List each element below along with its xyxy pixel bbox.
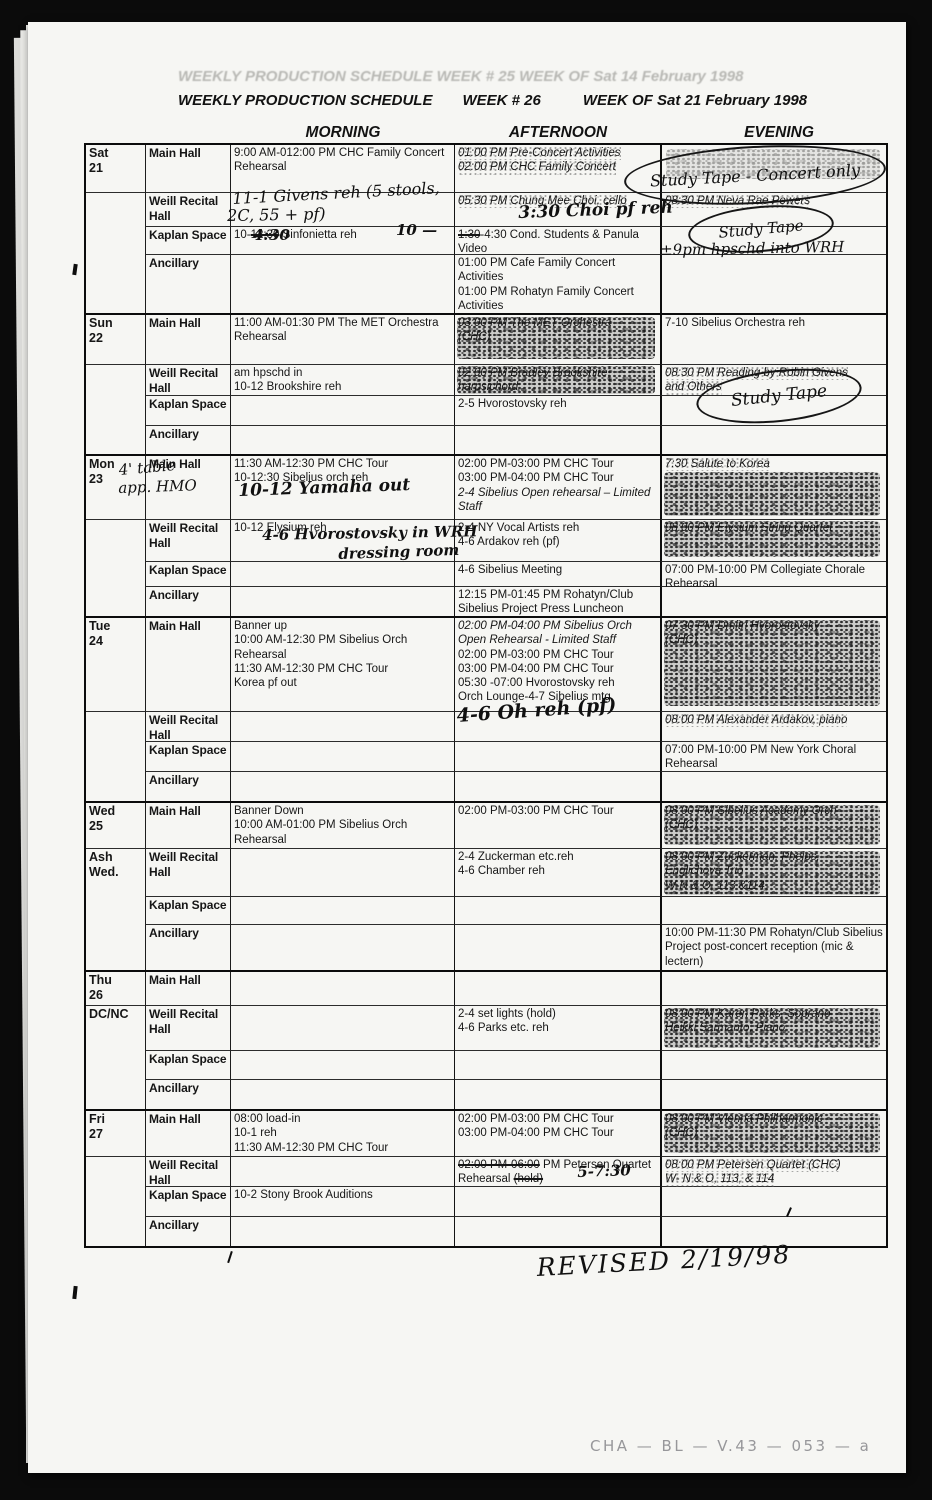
schedule-entry: 01:00 PM Cafe Family Concert Activities	[458, 256, 657, 285]
day-cell	[86, 1216, 145, 1246]
evening-cell: 7:30 Salute to Korea	[660, 456, 886, 519]
morning-cell	[230, 848, 454, 896]
day-group-wed: Wed25 Main Hall Banner Down10:00 AM-01:0…	[86, 801, 886, 970]
schedule-entry: 10-	[234, 229, 251, 241]
schedule-entry: 03:00 PM-04:00 PM CHC Tour	[458, 1126, 657, 1140]
title-week-of: WEEK OF Sat 21 February 1998	[583, 92, 807, 109]
marker-smudge	[666, 149, 880, 179]
venue-cell: Weill Recital Hall	[145, 192, 230, 226]
day-cell	[86, 364, 145, 395]
schedule-entry: W- N & O, 113, & 114	[665, 1172, 774, 1186]
schedule-entry: Heikki Sarmanto, Piano	[665, 1021, 883, 1035]
evening-cell: 08:30 PM Neva Rae Powers	[660, 192, 886, 226]
evening-cell: 08:00 PM Zuckerman, Phelps,Englichova Tr…	[660, 848, 886, 896]
day-label: Tue	[89, 619, 110, 633]
morning-cell	[230, 192, 454, 226]
day-cell: DC/NC	[86, 1005, 145, 1050]
day-cell: Tue24	[86, 618, 145, 711]
day-cell	[86, 896, 145, 924]
afternoon-cell: 02:00 PM-04:00 PM Sibelius Orch Open Reh…	[454, 618, 660, 711]
day-cell	[86, 1050, 145, 1079]
morning-cell	[230, 1156, 454, 1186]
evening-cell: 08:00 PM Petersen Quartet (CHC)W- N & O,…	[660, 1156, 886, 1186]
schedule-entry: 02:00 PM-03:00 PM CHC Tour	[458, 1112, 657, 1126]
evening-cell	[660, 145, 886, 192]
morning-cell: 11:00 AM-01:30 PM The MET Orchestra Rehe…	[230, 315, 454, 364]
schedule-entry: 4-6 Ardakov reh (pf)	[458, 535, 657, 549]
day-cell	[86, 425, 145, 454]
venue-cell: Ancillary	[145, 425, 230, 454]
afternoon-cell	[454, 1186, 660, 1216]
schedule-entry: 02:00 PM-03:00 PM CHC Tour	[458, 457, 657, 471]
day-group-fri: Fri27 Main Hall 08:00 load-in10-1 reh11:…	[86, 1109, 886, 1246]
day-cell: Mon23	[86, 456, 145, 519]
schedule-entry: 02:00 PM-03:00 PM CHC Tour	[458, 804, 657, 818]
schedule-entry: 01:00 PM Rohatyn Family Concert Activiti…	[458, 285, 657, 314]
schedule-entry: 2-4 Sibelius Open rehearsal – Limited St…	[458, 486, 657, 515]
schedule-entry: 02:00 PM CHC Family Concert	[458, 160, 616, 174]
afternoon-cell: 4-6 Sibelius Meeting	[454, 561, 660, 586]
schedule-entry: 01:00 PM Pre-Concert Activities	[458, 146, 621, 160]
struck-time: 1:30	[458, 229, 480, 241]
venue-label: Ancillary	[149, 1081, 227, 1096]
day-label: Thu	[89, 973, 112, 987]
schedule-entry: 08:00 PM Petersen Quartet (CHC)	[665, 1158, 841, 1172]
afternoon-cell: 01:00 PM Pre-Concert Activities02:00 PM …	[454, 145, 660, 192]
venue-cell: Kaplan Space	[145, 226, 230, 254]
venue-label: Ancillary	[149, 256, 227, 271]
morning-cell: am hpschd in10-12 Brookshire reh	[230, 364, 454, 395]
day-cell: Fri27	[86, 1111, 145, 1156]
morning-cell	[230, 771, 454, 801]
column-header-morning: MORNING	[306, 124, 381, 142]
schedule-entry: 4-6 Sibelius Meeting	[458, 563, 657, 577]
evening-cell	[660, 395, 886, 425]
day-label: Wed	[89, 804, 115, 818]
afternoon-cell: 02:00 PM-03:00 PM CHC Tour	[454, 803, 660, 848]
page-title: WEEKLY PRODUCTION SCHEDULEWEEK # 26WEEK …	[178, 92, 858, 109]
venue-label: Kaplan Space	[149, 743, 227, 758]
venue-cell: Weill Recital Hall	[145, 519, 230, 561]
schedule-entry: 08:00 PM Alexander Ardakov, piano	[665, 713, 847, 727]
day-cell	[86, 254, 145, 313]
day-cell	[86, 226, 145, 254]
venue-cell: Ancillary	[145, 1216, 230, 1246]
schedule-entry: 07:30 PM Dmitri Hvorostovsky	[665, 619, 883, 633]
venue-label: Main Hall	[149, 1112, 227, 1127]
schedule-entry: 10:00 AM-12:30 PM Sibelius Orch Rehearsa…	[234, 633, 451, 662]
evening-cell	[660, 226, 886, 254]
evening-cell: 10:00 PM-11:30 PM Rohatyn/Club Sibelius …	[660, 924, 886, 970]
day-date: 26	[89, 988, 103, 1002]
day-date: 25	[89, 819, 103, 833]
evening-cell: 07:00 PM-10:00 PM New York Choral Rehear…	[660, 741, 886, 771]
evening-cell	[660, 1186, 886, 1216]
day-cell: Thu26	[86, 972, 145, 1005]
day-cell: Sat21	[86, 145, 145, 192]
schedule-entry: -4:30 Cond. Students & Panula Video	[458, 229, 639, 255]
morning-cell	[230, 972, 454, 1005]
schedule-table: Sat21 Main Hall 9:00 AM-012:00 PM CHC Fa…	[84, 143, 888, 1248]
schedule-entry: harpsichord	[458, 380, 657, 394]
morning-cell	[230, 254, 454, 313]
afternoon-cell	[454, 1216, 660, 1246]
venue-cell: Kaplan Space	[145, 1186, 230, 1216]
day-cell	[86, 711, 145, 741]
schedule-entry: 10:00 PM-11:30 PM Rohatyn/Club Sibelius …	[665, 926, 883, 969]
afternoon-cell: 1:30-4:30 Cond. Students & Panula Video	[454, 226, 660, 254]
day-extra-label: Ash Wed.	[89, 850, 142, 880]
evening-cell: 07:00 PM-10:00 PM Collegiate Chorale Reh…	[660, 561, 886, 586]
schedule-entry: 03:00 PM The MET Orchestra	[458, 316, 657, 330]
day-label: Sat	[89, 146, 108, 160]
struck-time: 12:30	[251, 229, 280, 241]
venue-cell: Ancillary	[145, 1079, 230, 1109]
schedule-entry: 08:00 PM Karen Parks, Soprano	[665, 1007, 883, 1021]
day-cell	[86, 771, 145, 801]
schedule-entry: 08:00 PM Vienna Philharmonic	[665, 1112, 883, 1126]
venue-label: Kaplan Space	[149, 563, 227, 578]
schedule-entry: 9:00 AM-012:00 PM CHC Family Concert Reh…	[234, 146, 451, 175]
schedule-entry: 02:00 PM-04:00 PM Sibelius Orch Open Reh…	[458, 619, 657, 648]
schedule-entry: 08:30 PM Reading by Robin Givens	[665, 366, 848, 380]
day-cell	[86, 1186, 145, 1216]
venue-label: Kaplan Space	[149, 397, 227, 412]
schedule-entry: 08:30 PM Neva Rae Powers	[665, 194, 810, 208]
morning-cell: 10-2 Stony Brook Auditions	[230, 1186, 454, 1216]
venue-cell: Ancillary	[145, 254, 230, 313]
schedule-entry: Englichova Trio	[665, 864, 883, 878]
morning-cell	[230, 1005, 454, 1050]
day-group-sat: Sat21 Main Hall 9:00 AM-012:00 PM CHC Fa…	[86, 145, 886, 313]
afternoon-cell	[454, 711, 660, 741]
venue-label: Ancillary	[149, 427, 227, 442]
afternoon-cell	[454, 771, 660, 801]
day-date: 22	[89, 331, 103, 345]
evening-cell: 07:30 PM Dmitri Hvorostovsky(CHC)	[660, 618, 886, 711]
venue-label: Weill Recital Hall	[149, 1007, 227, 1036]
schedule-entry: 08:00 load-in	[234, 1112, 451, 1126]
schedule-entry: Sinfonietta reh	[279, 229, 356, 241]
evening-cell: 08:30 PM Reading by Robin Givensand Othe…	[660, 364, 886, 395]
morning-cell: 10-12 Elysium reh	[230, 519, 454, 561]
schedule-entry: (CHC)	[665, 633, 883, 647]
morning-cell	[230, 395, 454, 425]
day-group-sun: Sun22 Main Hall 11:00 AM-01:30 PM The ME…	[86, 313, 886, 454]
venue-cell: Ancillary	[145, 771, 230, 801]
day-cell	[86, 561, 145, 586]
day-group-mon: Mon23 Main Hall 11:30 AM-12:30 PM CHC To…	[86, 454, 886, 616]
afternoon-cell	[454, 1050, 660, 1079]
venue-cell: Ancillary	[145, 586, 230, 616]
afternoon-cell: 2-5 Hvorostovsky reh	[454, 395, 660, 425]
evening-cell	[660, 972, 886, 1005]
venue-label: Kaplan Space	[149, 1052, 227, 1067]
venue-label: Ancillary	[149, 588, 227, 603]
venue-label: Main Hall	[149, 457, 227, 472]
day-group-thu: Thu26 Main Hall DC/NC Weill Recital Hall…	[86, 970, 886, 1109]
venue-cell: Kaplan Space	[145, 1050, 230, 1079]
schedule-entry: and Others	[665, 380, 722, 394]
day-cell	[86, 192, 145, 226]
schedule-entry: (CHC)	[458, 330, 657, 344]
schedule-entry: 7:30 Salute to Korea	[665, 457, 770, 471]
evening-cell	[660, 1050, 886, 1079]
venue-label: Main Hall	[149, 316, 227, 331]
day-extra-label: DC/NC	[89, 1007, 142, 1022]
schedule-entry: (CHC)	[665, 818, 883, 832]
day-date: 24	[89, 634, 103, 648]
scanned-schedule-page: WEEKLY PRODUCTION SCHEDULE WEEK # 25 WEE…	[0, 0, 932, 1500]
venue-cell: Kaplan Space	[145, 896, 230, 924]
schedule-sheet: WEEKLY PRODUCTION SCHEDULE WEEK # 25 WEE…	[28, 22, 906, 1473]
morning-cell	[230, 561, 454, 586]
schedule-entry: 05:30 PM Chung Mee Choi, cello	[458, 194, 627, 208]
schedule-entry: 08:00 PM Elysium String Quartet	[665, 521, 883, 535]
afternoon-cell: 2-4 NY Vocal Artists reh4-6 Ardakov reh …	[454, 519, 660, 561]
evening-cell: 7-10 Sibelius Orchestra reh	[660, 315, 886, 364]
day-cell	[86, 924, 145, 970]
venue-cell: Weill Recital Hall	[145, 364, 230, 395]
afternoon-cell: 02:00 PM-06:00 PM Petersen Quartet Rehea…	[454, 1156, 660, 1186]
morning-cell: 08:00 load-in10-1 reh11:30 AM-12:30 PM C…	[230, 1111, 454, 1156]
afternoon-cell: 03:00 PM The MET Orchestra(CHC)	[454, 315, 660, 364]
evening-cell: 08:00 PM Sibelius Academy Orch(CHC)	[660, 803, 886, 848]
morning-cell: Banner up10:00 AM-12:30 PM Sibelius Orch…	[230, 618, 454, 711]
column-header-afternoon: AFTERNOON	[509, 124, 607, 142]
morning-cell	[230, 425, 454, 454]
day-cell: Sun22	[86, 315, 145, 364]
day-cell	[86, 519, 145, 561]
schedule-entry: 11:30 AM-12:30 PM CHC Tour	[234, 457, 451, 471]
venue-label: Kaplan Space	[149, 898, 227, 913]
morning-cell: 11:30 AM-12:30 PM CHC Tour10-12:30 Sibel…	[230, 456, 454, 519]
bleed-through-title: WEEKLY PRODUCTION SCHEDULE WEEK # 25 WEE…	[178, 68, 818, 85]
day-cell	[86, 741, 145, 771]
venue-cell: Kaplan Space	[145, 741, 230, 771]
schedule-entry: 11:30 AM-12:30 PM CHC Tour	[234, 1141, 451, 1155]
schedule-entry: 10-12 Elysium reh	[234, 521, 451, 535]
evening-cell: 08:00 PM Elysium String Quartet	[660, 519, 886, 561]
afternoon-cell: 02:00 PM-03:00 PM CHC Tour03:00 PM-04:00…	[454, 1111, 660, 1156]
afternoon-cell: 02:00 PM Bradley Brookshire,harpsichord	[454, 364, 660, 395]
venue-cell: Ancillary	[145, 924, 230, 970]
schedule-entry: 10-12:30 Sibelius orch reh	[234, 471, 451, 485]
venue-cell: Kaplan Space	[145, 395, 230, 425]
day-label: Fri	[89, 1112, 105, 1126]
title-main: WEEKLY PRODUCTION SCHEDULE	[178, 92, 432, 109]
venue-cell: Main Hall	[145, 145, 230, 192]
venue-cell: Weill Recital Hall	[145, 1005, 230, 1050]
evening-cell	[660, 1216, 886, 1246]
venue-cell: Main Hall	[145, 456, 230, 519]
venue-cell: Main Hall	[145, 618, 230, 711]
afternoon-cell: 01:00 PM Cafe Family Concert Activities0…	[454, 254, 660, 313]
schedule-entry: 03:00 PM-04:00 PM CHC Tour	[458, 662, 657, 676]
struck-time: 02:00 PM-06:00	[458, 1159, 540, 1171]
morning-cell: 9:00 AM-012:00 PM CHC Family Concert Reh…	[230, 145, 454, 192]
afternoon-cell: 2-4 set lights (hold)4-6 Parks etc. reh	[454, 1005, 660, 1050]
schedule-entry: am hpschd in	[234, 366, 451, 380]
afternoon-cell	[454, 924, 660, 970]
schedule-entry: 12:15 PM-01:45 PM Rohatyn/Club Sibelius …	[458, 588, 657, 617]
evening-cell	[660, 254, 886, 313]
struck-hold: (hold)	[514, 1173, 543, 1185]
schedule-entry: 10-2 Stony Brook Auditions	[234, 1188, 451, 1202]
morning-cell	[230, 1050, 454, 1079]
afternoon-cell	[454, 741, 660, 771]
venue-label: Ancillary	[149, 1218, 227, 1233]
schedule-entry: 02:00 PM-03:00 PM CHC Tour	[458, 648, 657, 662]
evening-cell	[660, 1079, 886, 1109]
venue-cell: Weill Recital Hall	[145, 848, 230, 896]
day-date: 21	[89, 161, 103, 175]
morning-cell	[230, 1079, 454, 1109]
venue-label: Weill Recital Hall	[149, 521, 227, 550]
venue-label: Weill Recital Hall	[149, 1158, 227, 1187]
morning-cell: Banner Down10:00 AM-01:00 PM Sibelius Or…	[230, 803, 454, 848]
schedule-entry: 11:30 AM-12:30 PM CHC Tour	[234, 662, 451, 676]
afternoon-cell: 05:30 PM Chung Mee Choi, cello	[454, 192, 660, 226]
afternoon-cell	[454, 1079, 660, 1109]
schedule-entry: 02:00 PM Bradley Brookshire,	[458, 366, 657, 380]
day-date: 27	[89, 1127, 103, 1141]
morning-cell	[230, 1216, 454, 1246]
schedule-entry: 4-6 Chamber reh	[458, 864, 657, 878]
schedule-entry: 07:00 PM-10:00 PM Collegiate Chorale Reh…	[665, 563, 883, 592]
day-date: 23	[89, 472, 103, 486]
schedule-entry: 08:00 PM Sibelius Academy Orch	[665, 804, 883, 818]
day-cell	[86, 586, 145, 616]
schedule-entry: 11:00 AM-01:30 PM The MET Orchestra Rehe…	[234, 316, 451, 345]
schedule-entry: 10:00 AM-01:00 PM Sibelius Orch Rehearsa…	[234, 818, 451, 847]
morning-cell	[230, 741, 454, 771]
venue-cell: Main Hall	[145, 803, 230, 848]
schedule-entry: Banner Down	[234, 804, 451, 818]
afternoon-cell: 12:15 PM-01:45 PM Rohatyn/Club Sibelius …	[454, 586, 660, 616]
schedule-entry: 03:00 PM-04:00 PM CHC Tour	[458, 471, 657, 485]
venue-cell: Kaplan Space	[145, 561, 230, 586]
evening-cell: 08:00 PM Alexander Ardakov, piano	[660, 711, 886, 741]
schedule-entry: Banner up	[234, 619, 451, 633]
evening-cell	[660, 771, 886, 801]
day-cell: Ash Wed.	[86, 848, 145, 896]
venue-cell: Weill Recital Hall	[145, 711, 230, 741]
title-week-number: WEEK # 26	[462, 92, 540, 109]
schedule-entry: 7-10 Sibelius Orchestra reh	[665, 316, 883, 330]
schedule-entry: 2-4 Zuckerman etc.reh	[458, 850, 657, 864]
afternoon-cell	[454, 425, 660, 454]
schedule-entry: Orch Lounge-4-7 Sibelius mtg.	[458, 690, 657, 704]
schedule-entry: Korea pf out	[234, 676, 451, 690]
evening-cell: 08:00 PM Karen Parks, SopranoHeikki Sarm…	[660, 1005, 886, 1050]
day-label: Sun	[89, 316, 113, 330]
venue-label: Ancillary	[149, 773, 227, 788]
venue-label: Ancillary	[149, 926, 227, 941]
day-cell: Wed25	[86, 803, 145, 848]
schedule-entry: 05:30 -07:00 Hvorostovsky reh	[458, 676, 657, 690]
morning-cell	[230, 711, 454, 741]
schedule-entry: W-N & O, 113 &114	[665, 879, 883, 893]
schedule-entry: (CHC)	[665, 1126, 883, 1140]
schedule-entry: 2-4 set lights (hold)	[458, 1007, 657, 1021]
venue-cell: Main Hall	[145, 1111, 230, 1156]
venue-cell: Main Hall	[145, 315, 230, 364]
afternoon-cell: 02:00 PM-03:00 PM CHC Tour03:00 PM-04:00…	[454, 456, 660, 519]
marker-redaction	[664, 472, 880, 516]
afternoon-cell	[454, 972, 660, 1005]
evening-cell	[660, 425, 886, 454]
venue-label: Weill Recital Hall	[149, 194, 227, 223]
afternoon-cell	[454, 896, 660, 924]
day-cell	[86, 1156, 145, 1186]
venue-label: Main Hall	[149, 973, 227, 988]
venue-label: Main Hall	[149, 146, 227, 161]
evening-cell: 08:00 PM Vienna Philharmonic(CHC)	[660, 1111, 886, 1156]
venue-cell: Main Hall	[145, 972, 230, 1005]
schedule-entry: 4-6 Parks etc. reh	[458, 1021, 657, 1035]
schedule-entry: 10-12 Brookshire reh	[234, 380, 451, 394]
day-cell	[86, 395, 145, 425]
column-header-evening: EVENING	[744, 124, 814, 142]
schedule-entry: 10-1 reh	[234, 1126, 451, 1140]
morning-cell: 10-12:30 Sinfonietta reh	[230, 226, 454, 254]
afternoon-cell: 2-4 Zuckerman etc.reh4-6 Chamber reh	[454, 848, 660, 896]
schedule-entry: 2-5 Hvorostovsky reh	[458, 397, 657, 411]
venue-label: Main Hall	[149, 804, 227, 819]
schedule-entry: 2-4 NY Vocal Artists reh	[458, 521, 657, 535]
venue-cell: Weill Recital Hall	[145, 1156, 230, 1186]
morning-cell	[230, 586, 454, 616]
venue-label: Weill Recital Hall	[149, 713, 227, 742]
morning-cell	[230, 924, 454, 970]
venue-label: Kaplan Space	[149, 228, 227, 243]
venue-label: Main Hall	[149, 619, 227, 634]
venue-label: Weill Recital Hall	[149, 850, 227, 879]
day-label: Mon	[89, 457, 115, 471]
schedule-entry: 08:00 PM Zuckerman, Phelps,	[665, 850, 883, 864]
day-cell	[86, 1079, 145, 1109]
evening-cell	[660, 896, 886, 924]
venue-label: Weill Recital Hall	[149, 366, 227, 395]
day-group-tue: Tue24 Main Hall Banner up10:00 AM-12:30 …	[86, 616, 886, 801]
venue-label: Kaplan Space	[149, 1188, 227, 1203]
schedule-entry: 07:00 PM-10:00 PM New York Choral Rehear…	[665, 743, 883, 772]
morning-cell	[230, 896, 454, 924]
